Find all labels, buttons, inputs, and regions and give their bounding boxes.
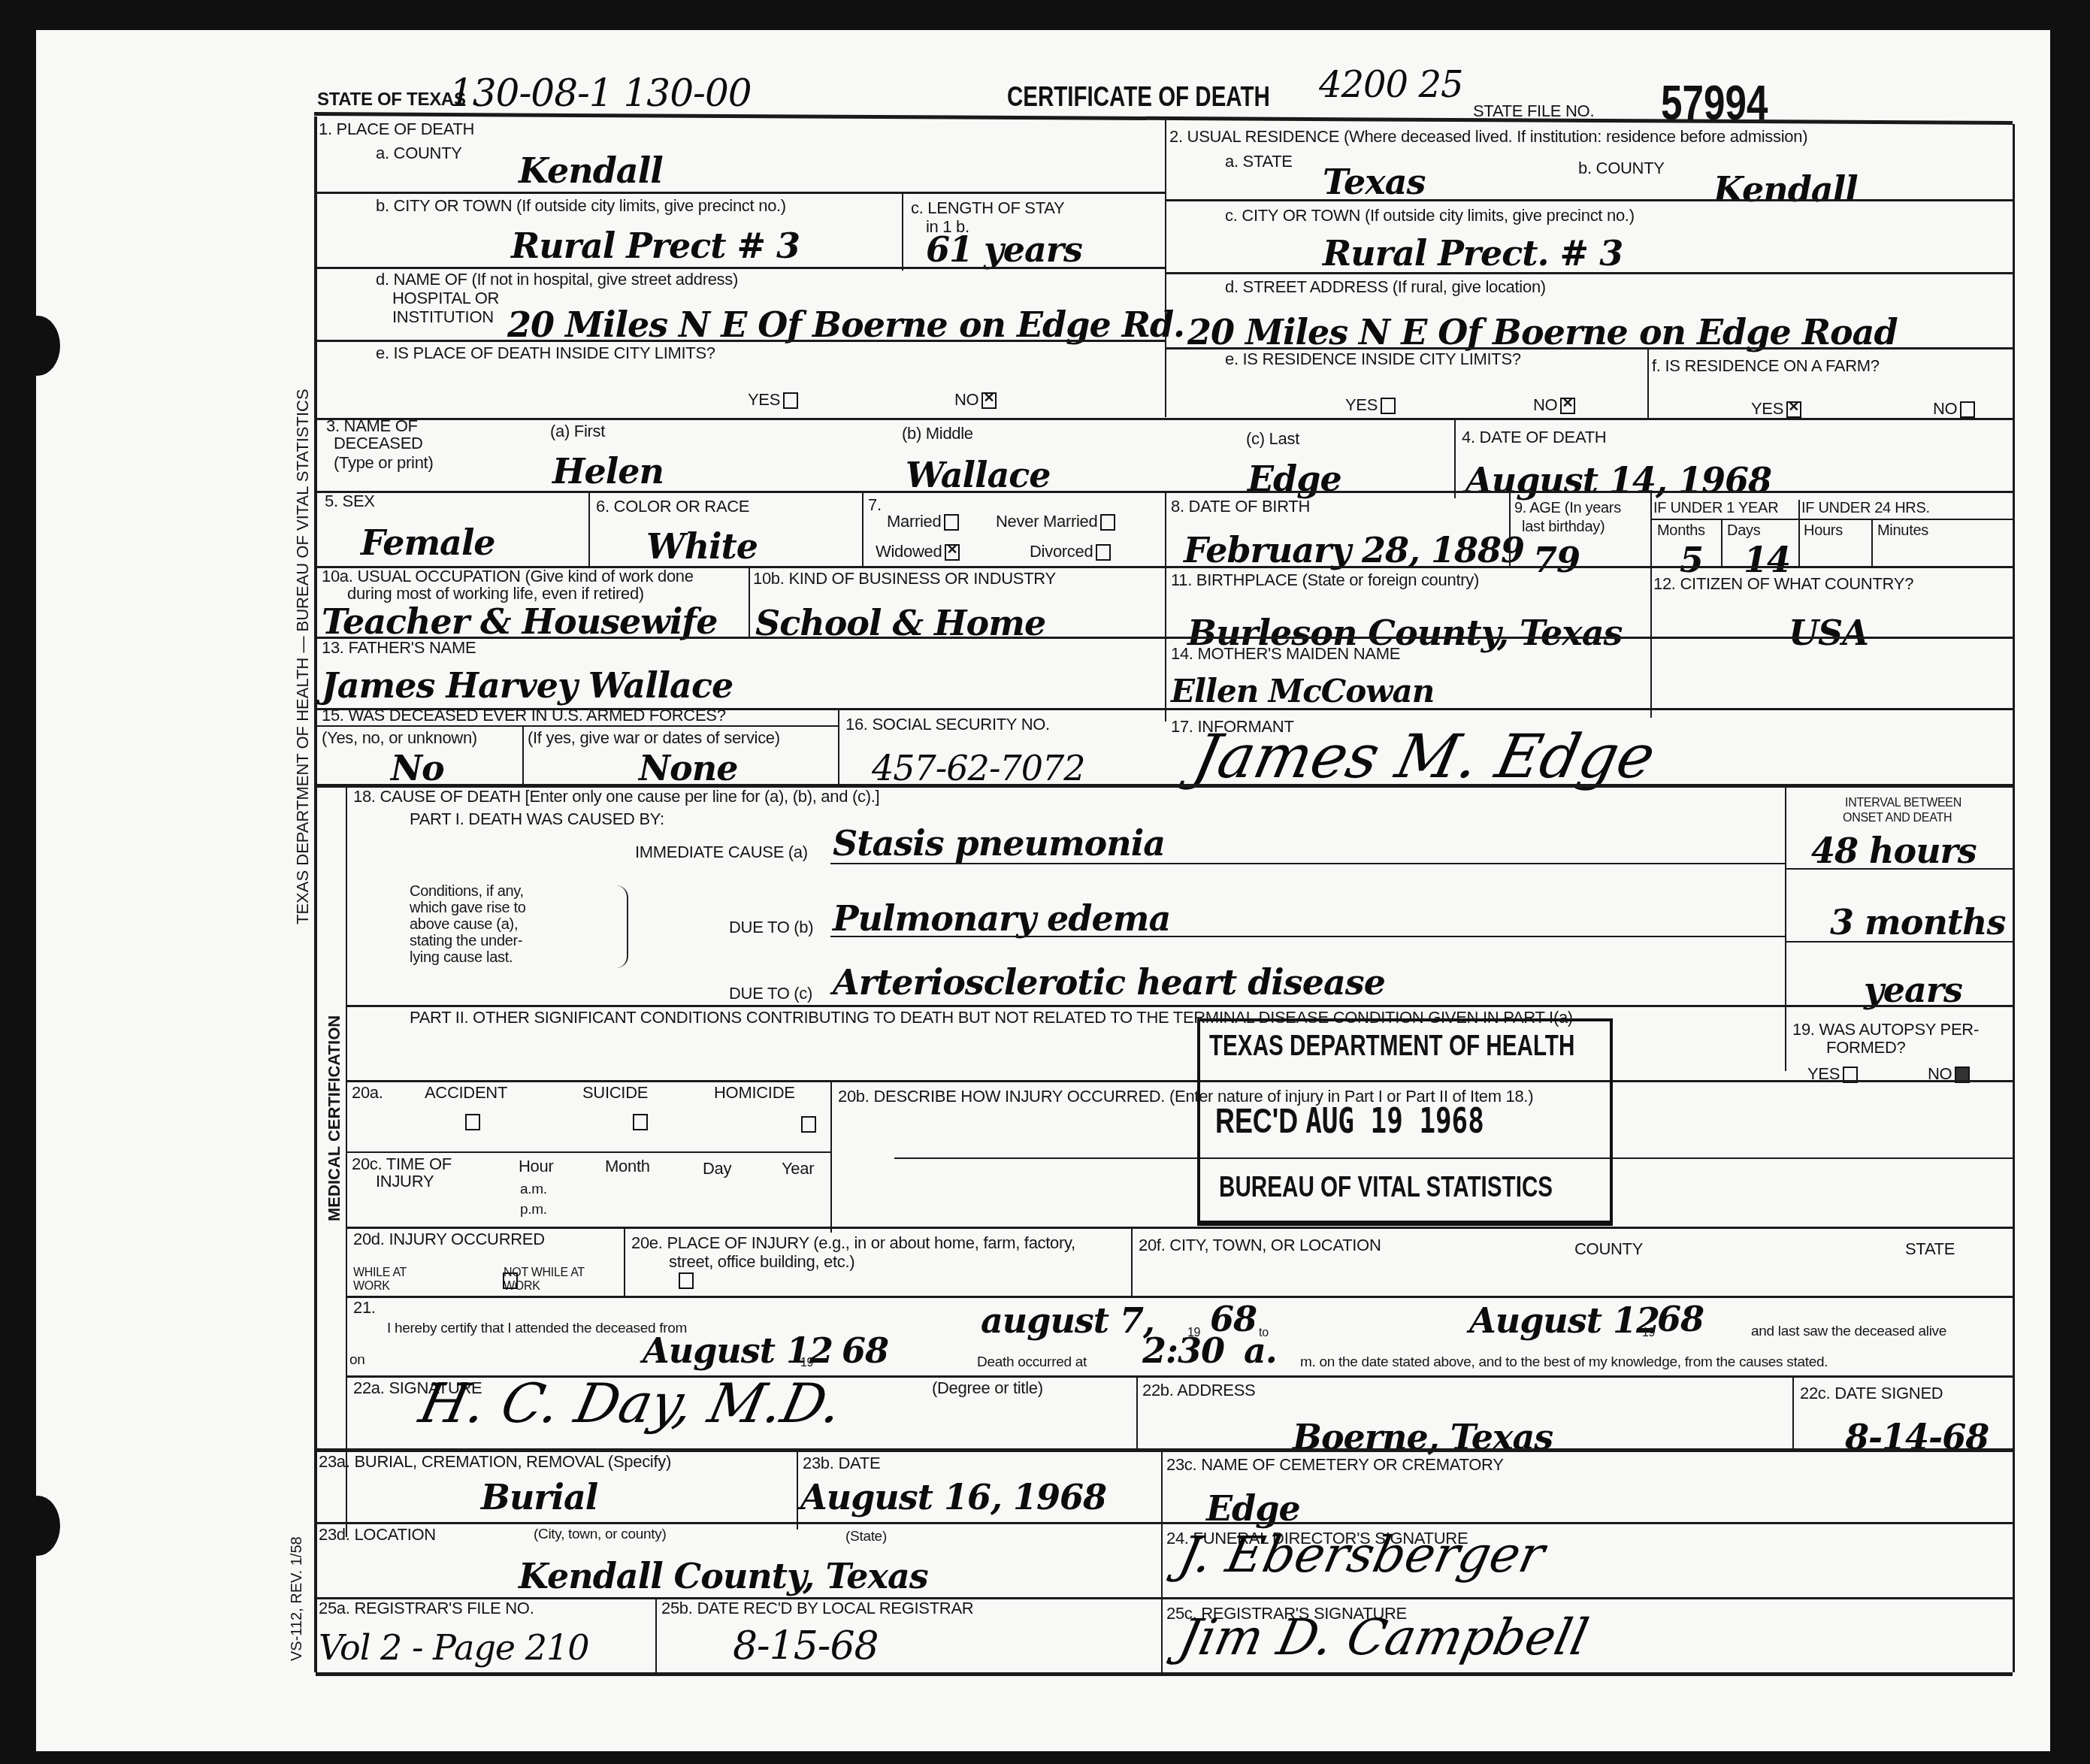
- row-line: [316, 267, 1165, 269]
- farm-yes[interactable]: YES: [1751, 400, 1801, 418]
- residence-county-value: Kendall: [1713, 169, 1858, 210]
- divider: [1165, 120, 1166, 417]
- divider: [1131, 1228, 1133, 1296]
- row-line: [316, 725, 838, 727]
- location-value: Kendall County, Texas: [519, 1556, 928, 1596]
- citizen-value: USA: [1789, 613, 1868, 653]
- sex-label: 5. SEX: [325, 492, 375, 510]
- dob-value: February 28, 1889: [1184, 530, 1524, 570]
- registrar-date-value: 8-15-68: [733, 1623, 879, 1669]
- year-label: Year: [782, 1160, 814, 1178]
- name-label: 3. NAME OF: [326, 417, 418, 435]
- form-number-label: VS-112, REV. 1/58: [289, 1536, 306, 1661]
- divider: [588, 492, 590, 567]
- punch-hole: [15, 1496, 60, 1556]
- divider: [1871, 519, 1873, 567]
- row-line: [1166, 199, 2013, 201]
- death-ampm: a.: [1244, 1330, 1277, 1371]
- autopsy-label-2: FORMED?: [1826, 1039, 1905, 1057]
- race-value: White: [646, 526, 758, 567]
- death-at-label: Death occurred at: [977, 1355, 1087, 1371]
- handwritten-codes: 130-08-1 130-00: [449, 71, 752, 115]
- divider: [1136, 1377, 1138, 1448]
- row-line: [316, 340, 1165, 342]
- location-sub-label: (City, town, or county): [534, 1527, 666, 1543]
- funeral-director-signature: J. Ebersberger: [1174, 1526, 1550, 1584]
- residence-state-value: Texas: [1323, 162, 1425, 202]
- day-label: Day: [703, 1160, 731, 1178]
- row-line: [346, 1151, 830, 1153]
- row-line: [1785, 941, 2013, 943]
- death-city-label: b. CITY OR TOWN (If outside city limits,…: [376, 197, 786, 215]
- mother-label: 14. MOTHER'S MAIDEN NAME: [1171, 645, 1400, 663]
- note-line: which gave rise to: [410, 900, 526, 916]
- attended-to-date: August 12: [1469, 1300, 1659, 1341]
- marital-never-married[interactable]: Never Married: [996, 513, 1115, 531]
- informant-signature: James M. Edge: [1187, 722, 1661, 791]
- immediate-cause-value: Stasis pneumonia: [833, 823, 1165, 864]
- month-label: Month: [605, 1157, 650, 1175]
- inside-limits-no[interactable]: NO: [954, 391, 997, 409]
- divider: [902, 193, 903, 271]
- interval-a-value: 48 hours: [1811, 831, 1977, 871]
- accident-checkbox[interactable]: [465, 1114, 480, 1130]
- row-line: [316, 637, 2013, 639]
- physician-signature: H. C. Day, M.D.: [414, 1372, 848, 1435]
- state-of-texas-label: STATE OF TEXAS: [317, 90, 466, 110]
- race-label: 6. COLOR OR RACE: [596, 498, 749, 516]
- residence-limits-yes[interactable]: YES: [1345, 396, 1396, 414]
- registrar-file-value: Vol 2 - Page 210: [319, 1627, 588, 1668]
- stamp-received: REC'D AUG 19 1968: [1215, 1100, 1484, 1141]
- divider: [624, 1228, 625, 1296]
- not-while-at-work-label: NOT WHILE AT WORK: [504, 1266, 586, 1293]
- year-prefix: 19: [1642, 1327, 1655, 1340]
- injury-state-label: STATE: [1905, 1240, 1955, 1258]
- injury-county-label: COUNTY: [1574, 1240, 1643, 1258]
- armed-yn-value: No: [391, 748, 444, 788]
- row-line: [1650, 519, 2013, 520]
- location-label: 23d. LOCATION: [319, 1526, 436, 1544]
- interval-label: INTERVAL BETWEEN: [1845, 797, 1961, 810]
- ssn-label: 16. SOCIAL SECURITY NO.: [845, 716, 1050, 734]
- while-at-work-label: WHILE AT WORK: [353, 1266, 421, 1293]
- date-of-death-label: 4. DATE OF DEATH: [1462, 428, 1606, 446]
- residence-street-label: d. STREET ADDRESS (If rural, give locati…: [1225, 278, 1546, 296]
- occupation-label: 10a. USUAL OCCUPATION (Give kind of work…: [322, 567, 694, 585]
- marital-divorced[interactable]: Divorced: [1030, 543, 1111, 561]
- cemetery-label: 23c. NAME OF CEMETERY OR CREMATORY: [1166, 1456, 1504, 1474]
- cert-text-2: and last saw the deceased alive: [1751, 1324, 1946, 1340]
- cert-item-label: 21.: [353, 1299, 376, 1317]
- medical-certification-side-label: MEDICAL CERTIFICATION: [325, 1015, 344, 1221]
- row-line: [316, 491, 2013, 493]
- attended-to-year: 68: [1657, 1299, 1704, 1339]
- checkbox[interactable]: [1096, 544, 1111, 561]
- note-line: stating the under-: [410, 933, 526, 949]
- marital-married[interactable]: Married: [887, 513, 959, 531]
- residence-inside-limits-label: e. IS RESIDENCE INSIDE CITY LIMITS?: [1225, 350, 1521, 368]
- row-line: [346, 1080, 2013, 1082]
- divider: [1798, 500, 1800, 567]
- divider: [1785, 785, 1786, 1071]
- department-side-label: TEXAS DEPARTMENT OF HEALTH — BUREAU OF V…: [293, 389, 313, 924]
- punch-hole: [15, 316, 60, 376]
- birthplace-label: 11. BIRTHPLACE (State or foreign country…: [1171, 571, 1479, 589]
- divider: [1161, 1451, 1163, 1676]
- autopsy-label: 19. WAS AUTOPSY PER-: [1792, 1021, 1979, 1039]
- date-of-death-value: August 14, 1968: [1465, 460, 1771, 501]
- note-line: lying cause last.: [410, 949, 526, 966]
- disposition-date-value: August 16, 1968: [800, 1477, 1106, 1517]
- under-24-hrs-label: IF UNDER 24 HRS.: [1801, 500, 1930, 516]
- first-name-value: Helen: [552, 451, 664, 492]
- date-signed-label: 22c. DATE SIGNED: [1800, 1384, 1943, 1402]
- cert-text-3: m. on the date stated above, and to the …: [1300, 1355, 1828, 1371]
- divider: [1454, 419, 1456, 498]
- age-label: 9. AGE (In years: [1514, 500, 1621, 516]
- row-line: [830, 936, 1785, 937]
- suicide-checkbox[interactable]: [633, 1114, 648, 1130]
- row-line: [316, 1597, 2013, 1599]
- location-state-sub-label: (State): [845, 1530, 887, 1545]
- checkbox[interactable]: [944, 514, 959, 531]
- age-value: 79: [1533, 540, 1580, 580]
- due-to-b-value: Pulmonary edema: [833, 898, 1170, 939]
- place-of-injury-label: 20e. PLACE OF INJURY (e.g., in or about …: [631, 1234, 1075, 1252]
- due-to-c-label: DUE TO (c): [729, 985, 812, 1003]
- bottom-border: [316, 1672, 2013, 1676]
- inside-limits-yes[interactable]: YES: [748, 391, 798, 409]
- armed-forces-label: 15. WAS DECEASED EVER IN U.S. ARMED FORC…: [322, 707, 726, 725]
- marital-label: 7.: [868, 496, 882, 514]
- row-line: [346, 1296, 2013, 1298]
- due-to-c-value: Arteriosclerotic heart disease: [833, 962, 1385, 1003]
- time-of-injury-label: 20c. TIME OF: [352, 1155, 452, 1173]
- days-label: Days: [1727, 522, 1760, 539]
- armed-war-value: None: [639, 748, 737, 788]
- cause-of-death-label: 18. CAUSE OF DEATH [Enter only one cause…: [353, 788, 879, 806]
- industry-label: 10b. KIND OF BUSINESS OR INDUSTRY: [753, 570, 1056, 588]
- on-label: on: [349, 1353, 365, 1369]
- registrar-date-label: 25b. DATE REC'D BY LOCAL REGISTRAR: [661, 1599, 973, 1617]
- row-line: [316, 1522, 2013, 1524]
- note-line: above cause (a),: [410, 916, 526, 933]
- name-label-3: (Type or print): [334, 454, 433, 472]
- farm-no[interactable]: NO: [1933, 400, 1975, 418]
- first-name-label: (a) First: [550, 422, 605, 440]
- usual-residence-label: 2. USUAL RESIDENCE (Where deceased lived…: [1169, 128, 1807, 146]
- divider: [346, 785, 347, 1537]
- place-of-injury-label-2: street, office building, etc.): [669, 1253, 854, 1271]
- divider: [1792, 1377, 1794, 1448]
- registrar-file-label: 25a. REGISTRAR'S FILE NO.: [319, 1599, 534, 1617]
- divider: [1650, 492, 1652, 718]
- hospital-label: d. NAME OF (If not in hospital, give str…: [376, 271, 738, 289]
- suicide-label: SUICIDE: [582, 1084, 648, 1102]
- received-stamp: TEXAS DEPARTMENT OF HEALTH REC'D AUG 19 …: [1197, 1018, 1613, 1226]
- residence-city-value: Rural Prect. # 3: [1323, 233, 1623, 274]
- registrar-signature: Jim D. Campbell: [1174, 1608, 1593, 1666]
- middle-name-label: (b) Middle: [902, 425, 973, 443]
- residence-city-label: c. CITY OR TOWN (If outside city limits,…: [1225, 207, 1635, 225]
- divider: [1647, 349, 1649, 418]
- not-while-at-work-checkbox[interactable]: [679, 1272, 694, 1289]
- length-of-stay-label: c. LENGTH OF STAY: [911, 199, 1064, 217]
- row-line: [1166, 272, 2013, 274]
- checkbox[interactable]: [783, 392, 798, 409]
- father-label: 13. FATHER'S NAME: [322, 639, 476, 657]
- sex-value: Female: [361, 522, 495, 563]
- interval-label-2: ONSET AND DEATH: [1843, 812, 1952, 825]
- disposition-value: Burial: [481, 1477, 597, 1517]
- residence-street-value: 20 Miles N E Of Boerne on Edge Road: [1187, 312, 1898, 352]
- death-county-value: Kendall: [519, 150, 663, 191]
- degree-label: (Degree or title): [932, 1379, 1043, 1397]
- middle-name-value: Wallace: [906, 455, 1051, 495]
- last-seen-year: 68: [842, 1330, 888, 1371]
- stamp-bureau: BUREAU OF VITAL STATISTICS: [1219, 1172, 1553, 1204]
- address-label: 22b. ADDRESS: [1142, 1381, 1255, 1399]
- pm-label: p.m.: [520, 1203, 547, 1218]
- ssn-value: 457-62-7072: [872, 748, 1085, 788]
- age-label-2: last birthday): [1522, 519, 1605, 535]
- checkbox[interactable]: [1381, 398, 1396, 414]
- residence-limits-no[interactable]: NO: [1533, 396, 1575, 414]
- inside-limits-label: e. IS PLACE OF DEATH INSIDE CITY LIMITS?: [376, 344, 715, 362]
- year-prefix: 19: [800, 1357, 813, 1370]
- part1-label: PART I. DEATH WAS CAUSED BY:: [410, 810, 664, 828]
- divider: [862, 492, 864, 567]
- residence-state-label: a. STATE: [1225, 153, 1293, 171]
- place-of-death-label: 1. PLACE OF DEATH: [319, 120, 474, 138]
- death-time: 2:30: [1142, 1330, 1224, 1371]
- injury-occurred-label: 20d. INJURY OCCURRED: [353, 1230, 545, 1248]
- name-label-2: DECEASED: [334, 434, 423, 452]
- hospital-label-3: INSTITUTION: [392, 308, 494, 326]
- accident-label: ACCIDENT: [425, 1084, 507, 1102]
- checkbox-checked[interactable]: [1560, 398, 1575, 414]
- farm-label: f. IS RESIDENCE ON A FARM?: [1652, 357, 1880, 375]
- father-value: James Harvey Wallace: [322, 665, 733, 706]
- note-line: Conditions, if any,: [410, 883, 526, 900]
- document-title: CERTIFICATE OF DEATH: [1007, 81, 1270, 113]
- injury-type-label: 20a.: [352, 1084, 383, 1102]
- mother-value: Ellen McCowan: [1171, 673, 1434, 710]
- death-county-label: a. COUNTY: [376, 144, 462, 162]
- death-city-value: Rural Prect # 3: [511, 225, 800, 266]
- row-line: [316, 192, 1165, 194]
- checkbox-checked[interactable]: [945, 544, 960, 561]
- checkbox-checked[interactable]: [981, 392, 997, 409]
- last-name-label: (c) Last: [1246, 430, 1299, 448]
- row-line: [1785, 868, 2013, 870]
- divider: [830, 1082, 832, 1233]
- divider: [1721, 519, 1723, 567]
- attended-from-date: august 7,: [981, 1300, 1154, 1341]
- hours-label: Hours: [1804, 522, 1843, 539]
- months-label: Months: [1657, 522, 1705, 539]
- interval-c-value: years: [1864, 970, 1962, 1010]
- armed-war-label: (If yes, give war or dates of service): [528, 729, 780, 747]
- disposition-date-label: 23b. DATE: [803, 1454, 880, 1472]
- under-1-year-label: IF UNDER 1 YEAR: [1653, 500, 1778, 516]
- hour-label: Hour: [519, 1157, 554, 1175]
- checkbox[interactable]: [1960, 401, 1975, 418]
- length-of-stay-value: 61 years: [926, 229, 1082, 270]
- brace: [616, 885, 628, 968]
- divider: [1509, 492, 1511, 567]
- divider: [522, 725, 524, 784]
- divider: [749, 567, 750, 639]
- divider: [797, 1451, 798, 1530]
- row-line: [316, 418, 2013, 420]
- divider: [838, 710, 839, 785]
- minutes-label: Minutes: [1877, 522, 1928, 539]
- divider: [655, 1599, 657, 1674]
- stamp-dept: TEXAS DEPARTMENT OF HEALTH: [1209, 1030, 1574, 1063]
- injury-city-label: 20f. CITY, TOWN, OR LOCATION: [1139, 1236, 1381, 1254]
- handwritten-code-right: 4200 25: [1319, 64, 1463, 106]
- interval-b-value: 3 months: [1830, 902, 2005, 943]
- homicide-label: HOMICIDE: [714, 1084, 795, 1102]
- row-line: [830, 863, 1785, 864]
- right-border: [2013, 124, 2015, 1672]
- checkbox-checked[interactable]: [1786, 401, 1801, 418]
- marital-widowed[interactable]: Widowed: [876, 543, 960, 561]
- row-line: [346, 1227, 2013, 1229]
- am-label: a.m.: [520, 1182, 547, 1198]
- hospital-label-2: HOSPITAL OR: [392, 289, 499, 307]
- disposition-label: 23a. BURIAL, CREMATION, REMOVAL (Specify…: [319, 1453, 671, 1471]
- residence-county-label: b. COUNTY: [1578, 159, 1665, 177]
- row-line: [346, 1005, 2013, 1007]
- hospital-value: 20 Miles N E Of Boerne on Edge Rd.: [507, 304, 1184, 345]
- citizen-label: 12. CITIZEN OF WHAT COUNTRY?: [1653, 575, 1913, 593]
- occupation-label-2: during most of working life, even if ret…: [347, 585, 644, 603]
- left-border: [314, 116, 317, 1672]
- dob-label: 8. DATE OF BIRTH: [1171, 498, 1310, 516]
- divider: [1165, 492, 1166, 722]
- time-of-injury-label-2: INJURY: [376, 1172, 434, 1191]
- armed-yn-label: (Yes, no, or unknown): [322, 729, 477, 747]
- due-to-b-label: DUE TO (b): [729, 918, 813, 936]
- checkbox[interactable]: [1100, 514, 1115, 531]
- homicide-checkbox[interactable]: [801, 1116, 816, 1133]
- conditions-note: Conditions, if any, which gave rise to a…: [410, 883, 526, 966]
- immediate-cause-label: IMMEDIATE CAUSE (a): [635, 843, 808, 861]
- occupation-value: Teacher & Housewife: [322, 601, 717, 642]
